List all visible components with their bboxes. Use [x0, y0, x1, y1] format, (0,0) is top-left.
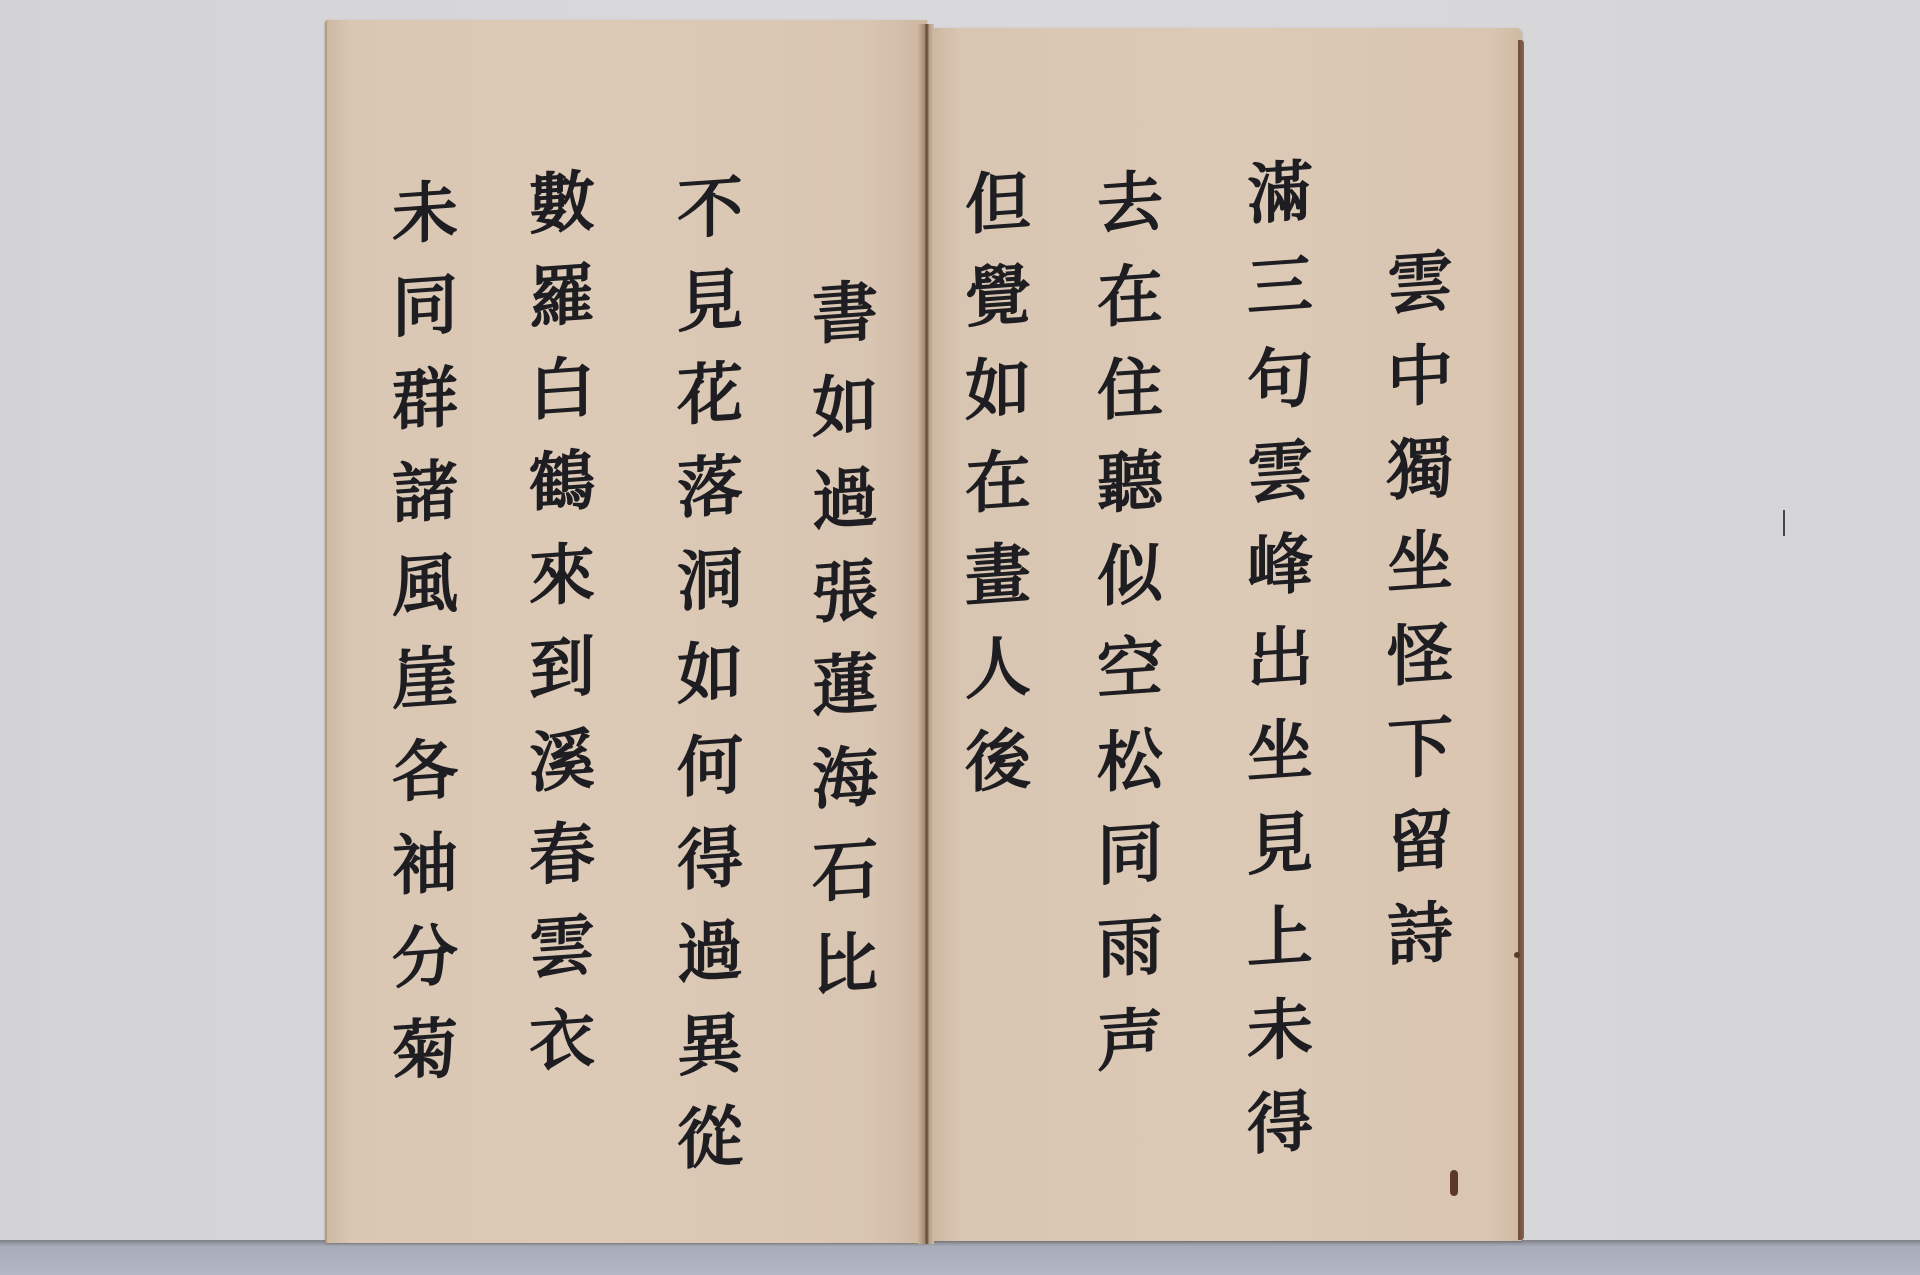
character: 聽 — [1090, 446, 1170, 545]
character: 人 — [958, 632, 1038, 731]
character: 書 — [805, 277, 885, 376]
right-page-column-3: 去 在 住 聽 似 空 松 同 雨 声 — [1090, 170, 1170, 1100]
character: 去 — [1090, 167, 1170, 266]
left-page-column-4: 未 同 群 諸 風 崖 各 袖 分 菊 — [385, 180, 465, 1110]
right-page-column-2: 滿 三 句 雲 峰 出 坐 見 上 未 得 — [1240, 160, 1320, 1183]
ink-spot — [1514, 952, 1520, 958]
character: 似 — [1090, 539, 1170, 638]
character: 在 — [958, 446, 1038, 545]
character: 崖 — [385, 642, 465, 741]
character: 到 — [522, 632, 602, 731]
character: 花 — [670, 358, 750, 457]
character: 蓮 — [805, 649, 885, 748]
character: 來 — [522, 539, 602, 638]
character: 出 — [1240, 622, 1320, 721]
character: 數 — [522, 167, 602, 266]
character: 袖 — [385, 828, 465, 927]
character: 菊 — [385, 1014, 465, 1113]
character: 鶴 — [522, 446, 602, 545]
character: 上 — [1240, 901, 1320, 1000]
character: 洞 — [670, 544, 750, 643]
book-gutter — [918, 24, 934, 1244]
character: 見 — [1240, 808, 1320, 907]
left-page-column-1: 書 如 過 張 蓮 海 石 比 — [805, 280, 885, 1024]
character: 群 — [385, 363, 465, 462]
character: 雲 — [522, 911, 602, 1010]
character: 如 — [670, 637, 750, 736]
character: 溪 — [522, 725, 602, 824]
character: 春 — [522, 818, 602, 917]
character: 未 — [385, 177, 465, 276]
character: 但 — [958, 167, 1038, 266]
character: 句 — [1240, 343, 1320, 442]
character: 白 — [522, 353, 602, 452]
character: 分 — [385, 921, 465, 1020]
character: 未 — [1240, 994, 1320, 1093]
character: 松 — [1090, 725, 1170, 824]
character: 下 — [1380, 712, 1460, 811]
character: 風 — [385, 549, 465, 648]
character: 在 — [1090, 260, 1170, 359]
character: 後 — [958, 725, 1038, 824]
character: 三 — [1240, 250, 1320, 349]
character: 過 — [805, 463, 885, 562]
character: 滿 — [1240, 157, 1320, 256]
character: 留 — [1380, 805, 1460, 904]
pencil-mark — [1783, 510, 1785, 536]
character: 羅 — [522, 260, 602, 359]
character: 詩 — [1380, 898, 1460, 997]
character: 海 — [805, 742, 885, 841]
character: 張 — [805, 556, 885, 655]
character: 雨 — [1090, 911, 1170, 1010]
character: 何 — [670, 730, 750, 829]
character: 落 — [670, 451, 750, 550]
character: 声 — [1090, 1004, 1170, 1103]
character: 如 — [958, 353, 1038, 452]
character: 雲 — [1240, 436, 1320, 535]
character: 雲 — [1380, 247, 1460, 346]
character: 得 — [1240, 1087, 1320, 1186]
character: 衣 — [522, 1004, 602, 1103]
character: 空 — [1090, 632, 1170, 731]
left-page-column-3: 數 羅 白 鶴 來 到 溪 春 雲 衣 — [522, 170, 602, 1100]
character: 不 — [670, 172, 750, 271]
character: 同 — [385, 270, 465, 369]
character: 過 — [670, 916, 750, 1015]
ink-stain — [1450, 1170, 1458, 1196]
character: 中 — [1380, 340, 1460, 439]
character: 坐 — [1380, 526, 1460, 625]
character: 從 — [670, 1102, 750, 1201]
character: 怪 — [1380, 619, 1460, 718]
character: 諸 — [385, 456, 465, 555]
character: 坐 — [1240, 715, 1320, 814]
right-page-column-4: 但 覺 如 在 畫 人 後 — [958, 170, 1038, 821]
character: 畫 — [958, 539, 1038, 638]
character: 獨 — [1380, 433, 1460, 532]
character: 住 — [1090, 353, 1170, 452]
character: 各 — [385, 735, 465, 834]
character: 覺 — [958, 260, 1038, 359]
character: 同 — [1090, 818, 1170, 917]
character: 見 — [670, 265, 750, 364]
character: 比 — [805, 928, 885, 1027]
left-page-column-2: 不 見 花 落 洞 如 何 得 過 異 從 — [670, 175, 750, 1198]
right-page-column-1: 雲 中 獨 坐 怪 下 留 詩 — [1380, 250, 1460, 994]
character: 得 — [670, 823, 750, 922]
book-cover-edge — [1518, 40, 1524, 1240]
character: 如 — [805, 370, 885, 469]
character: 石 — [805, 835, 885, 934]
character: 異 — [670, 1009, 750, 1108]
character: 峰 — [1240, 529, 1320, 628]
table-edge — [0, 1240, 1920, 1275]
